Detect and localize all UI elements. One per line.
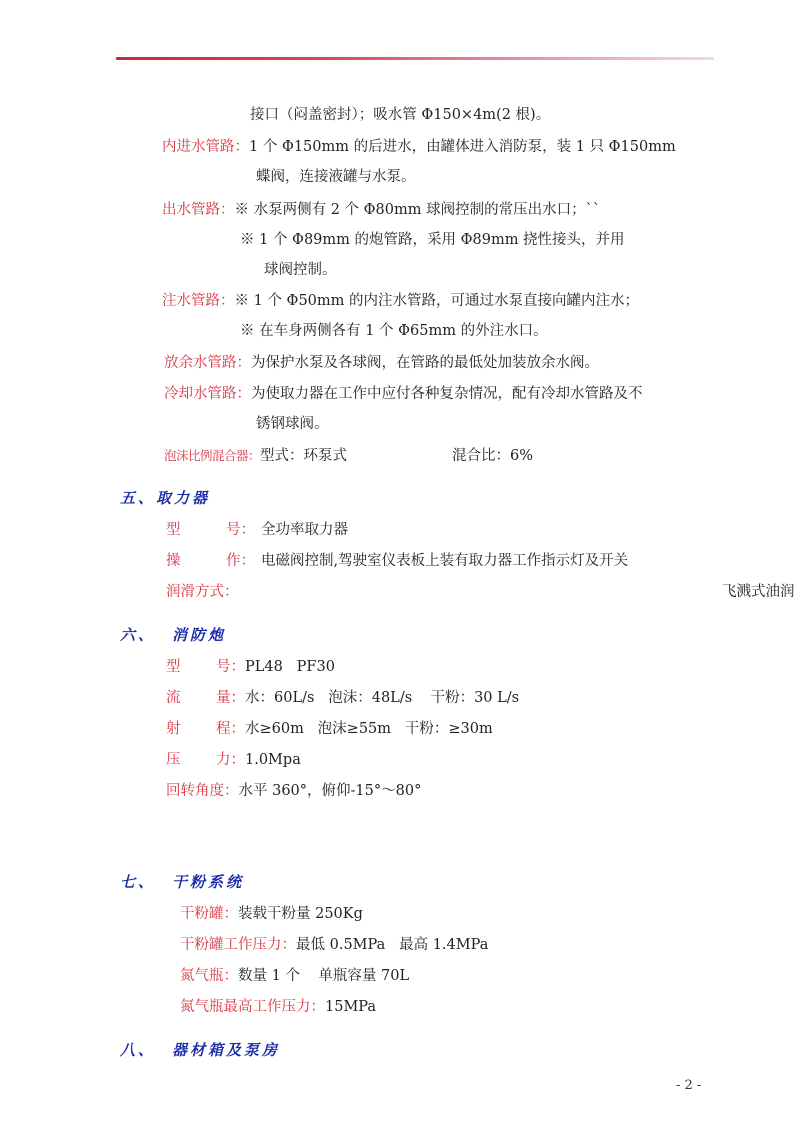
dry-powder-tank-value: 装载干粉量 250Kg bbox=[238, 906, 363, 922]
inlet-piping-row: 内进水管路：1 个 Φ150mm 的后进水，由罐体进入消防泵，装 1 只 Φ15… bbox=[162, 137, 676, 157]
cooling-piping-text: 为使取力器在工作中应付各种复杂情况，配有冷却水管路及不 bbox=[251, 386, 643, 402]
monitor-range-value: 水≥60m 泡沫≥55m 干粉：≥30m bbox=[245, 721, 493, 737]
section-heading-pto: 五、取力器 bbox=[120, 488, 210, 508]
monitor-rotation-value: 水平 360°，俯仰-15°～80° bbox=[239, 783, 422, 799]
section-heading-monitor: 六、消防炮 bbox=[120, 625, 226, 645]
outlet-piping-item-1: ※ 水泵两侧有 2 个 Φ80mm 球阀控制的常压出水口；`` bbox=[235, 202, 601, 218]
outlet-piping-label: 出水管路： bbox=[162, 202, 235, 218]
cooling-piping-label: 冷却水管路： bbox=[164, 386, 251, 402]
monitor-rotation-label: 回转角度： bbox=[166, 783, 239, 799]
pto-lubrication-value: 飞溅式油润 bbox=[722, 582, 795, 602]
filling-piping-row: 注水管路：※ 1 个 Φ50mm 的内注水管路，可通过水泵直接向罐内注水； bbox=[162, 291, 639, 311]
section-number: 六、 bbox=[120, 625, 172, 645]
foam-mixer-label: 泡沫比例混合器： bbox=[164, 448, 260, 463]
outlet-piping-item-2-cont: 球阀控制。 bbox=[264, 260, 337, 280]
pto-operation-value: 电磁阀控制,驾驶室仪表板上装有取力器工作指示灯及开关 bbox=[261, 553, 628, 569]
inlet-piping-text: 1 个 Φ150mm 的后进水，由罐体进入消防泵，装 1 只 Φ150mm bbox=[249, 139, 676, 155]
section-title: 取力器 bbox=[156, 488, 210, 508]
drain-piping-label: 放余水管路： bbox=[164, 355, 251, 371]
monitor-model-row: 型号：PL48 PF30 bbox=[166, 657, 335, 677]
monitor-pressure-value: 1.0Mpa bbox=[245, 752, 301, 768]
section-number: 五、 bbox=[120, 488, 156, 508]
drain-piping-row: 放余水管路：为保护水泵及各球阀，在管路的最低处加装放余水阀。 bbox=[164, 353, 599, 373]
pto-model-row: 型号：全功率取力器 bbox=[166, 520, 348, 540]
monitor-flow-value: 水：60L/s 泡沫：48L/s 干粉：30 L/s bbox=[245, 690, 519, 706]
section-title: 消防炮 bbox=[172, 625, 226, 645]
monitor-pressure-row: 压力：1.0Mpa bbox=[166, 750, 301, 770]
monitor-rotation-row: 回转角度：水平 360°，俯仰-15°～80° bbox=[166, 781, 421, 801]
outlet-piping-row: 出水管路：※ 水泵两侧有 2 个 Φ80mm 球阀控制的常压出水口；`` bbox=[162, 200, 600, 220]
section-number: 八、 bbox=[120, 1040, 172, 1060]
dry-powder-pressure-row: 干粉罐工作压力：最低 0.5MPa 最高 1.4MPa bbox=[180, 935, 488, 955]
monitor-model-label-a: 型 bbox=[166, 657, 216, 677]
drain-piping-text: 为保护水泵及各球阀，在管路的最低处加装放余水阀。 bbox=[251, 355, 599, 371]
nitrogen-pressure-value: 15MPa bbox=[325, 999, 376, 1015]
filling-piping-item-2: ※ 在车身两侧各有 1 个 Φ65mm 的外注水口。 bbox=[240, 321, 548, 341]
foam-mixer-row: 泡沫比例混合器：型式：环泵式 bbox=[164, 446, 347, 466]
pto-operation-label-a: 操 bbox=[166, 551, 226, 571]
foam-mixer-ratio: 混合比：6% bbox=[452, 446, 533, 466]
pto-model-value: 全功率取力器 bbox=[261, 522, 348, 538]
pto-operation-row: 操作：电磁阀控制,驾驶室仪表板上装有取力器工作指示灯及开关 bbox=[166, 551, 628, 571]
section-heading-dry-powder: 七、干粉系统 bbox=[120, 872, 244, 892]
header-rule bbox=[116, 57, 714, 60]
inlet-piping-label: 内进水管路： bbox=[162, 139, 249, 155]
monitor-flow-row: 流量：水：60L/s 泡沫：48L/s 干粉：30 L/s bbox=[166, 688, 519, 708]
monitor-range-row: 射程：水≥60m 泡沫≥55m 干粉：≥30m bbox=[166, 719, 493, 739]
monitor-model-value: PL48 PF30 bbox=[245, 659, 335, 675]
pto-lubrication-label: 润滑方式： bbox=[166, 584, 239, 600]
cooling-piping-row: 冷却水管路：为使取力器在工作中应付各种复杂情况，配有冷却水管路及不 bbox=[164, 384, 643, 404]
cooling-piping-text-cont: 锈钢球阀。 bbox=[256, 414, 329, 434]
filling-piping-label: 注水管路： bbox=[162, 293, 235, 309]
section-title: 器材箱及泵房 bbox=[172, 1040, 280, 1060]
pto-model-label-a: 型 bbox=[166, 520, 226, 540]
nitrogen-pressure-label: 氮气瓶最高工作压力： bbox=[180, 999, 325, 1015]
section-title: 干粉系统 bbox=[172, 872, 244, 892]
monitor-pressure-label-a: 压 bbox=[166, 750, 216, 770]
outlet-piping-item-2: ※ 1 个 Φ89mm 的炮管路，采用 Φ89mm 挠性接头，并用 bbox=[240, 230, 625, 250]
dry-powder-pressure-label: 干粉罐工作压力： bbox=[180, 937, 296, 953]
pto-operation-label-b: 作： bbox=[226, 553, 255, 569]
dry-powder-tank-label: 干粉罐： bbox=[180, 906, 238, 922]
pto-model-label-b: 号： bbox=[226, 522, 255, 538]
suction-pipe-continuation: 接口（闷盖密封）；吸水管 Φ150×4m(2 根)。 bbox=[250, 105, 550, 125]
section-heading-equipment: 八、器材箱及泵房 bbox=[120, 1040, 280, 1060]
nitrogen-pressure-row: 氮气瓶最高工作压力：15MPa bbox=[180, 997, 376, 1017]
nitrogen-cylinder-value: 数量 1 个 单瓶容量 70L bbox=[238, 968, 409, 984]
filling-piping-item-1: ※ 1 个 Φ50mm 的内注水管路，可通过水泵直接向罐内注水； bbox=[235, 293, 640, 309]
monitor-flow-label-a: 流 bbox=[166, 688, 216, 708]
pto-lubrication-row: 润滑方式： bbox=[166, 582, 239, 602]
page-number: - 2 - bbox=[676, 1078, 701, 1093]
section-number: 七、 bbox=[120, 872, 172, 892]
inlet-piping-text-cont: 蝶阀，连接液罐与水泵。 bbox=[256, 167, 416, 187]
foam-mixer-type: 型式：环泵式 bbox=[260, 448, 347, 464]
monitor-model-label-b: 号： bbox=[216, 659, 245, 675]
monitor-range-label-b: 程： bbox=[216, 721, 245, 737]
monitor-flow-label-b: 量： bbox=[216, 690, 245, 706]
nitrogen-cylinder-row: 氮气瓶：数量 1 个 单瓶容量 70L bbox=[180, 966, 409, 986]
monitor-range-label-a: 射 bbox=[166, 719, 216, 739]
nitrogen-cylinder-label: 氮气瓶： bbox=[180, 968, 238, 984]
dry-powder-pressure-value: 最低 0.5MPa 最高 1.4MPa bbox=[296, 937, 488, 953]
monitor-pressure-label-b: 力： bbox=[216, 752, 245, 768]
dry-powder-tank-row: 干粉罐：装载干粉量 250Kg bbox=[180, 904, 363, 924]
